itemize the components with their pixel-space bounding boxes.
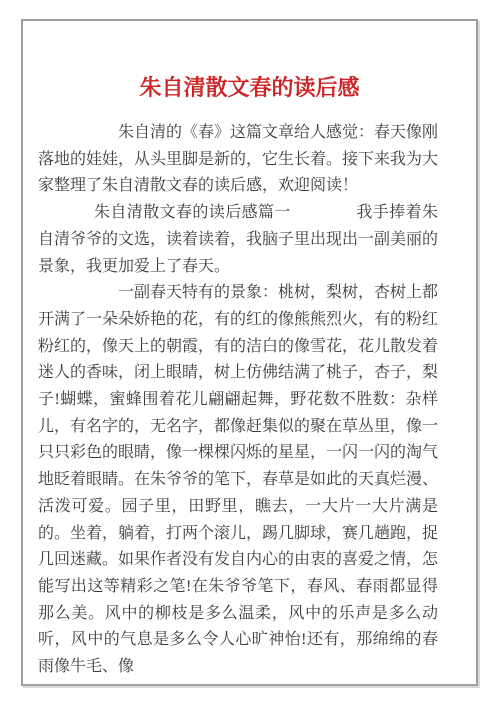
document-body: 朱自清的《春》这篇文章给人感觉：春天像刚落地的娃娃，从头里脚是新的，它生长着。接… [38,120,438,681]
document-title: 朱自清散文春的读后感 [23,75,476,101]
paragraph-intro: 朱自清的《春》这篇文章给人感觉：春天像刚落地的娃娃，从头里脚是新的，它生长着。接… [38,120,438,200]
document-page: 朱自清散文春的读后感 朱自清的《春》这篇文章给人感觉：春天像刚落地的娃娃，从头里… [21,19,478,686]
paragraph-main-body: 一副春天特有的景象：桃树，梨树，杏树上都开满了一朵朵娇艳的花，有的红的像熊熊烈火… [38,280,438,681]
paragraph-section-one-heading: 朱自清散文春的读后感篇一 我手捧着朱自清爷爷的文选，读着读着，我脑子里出现出一副… [38,200,438,280]
